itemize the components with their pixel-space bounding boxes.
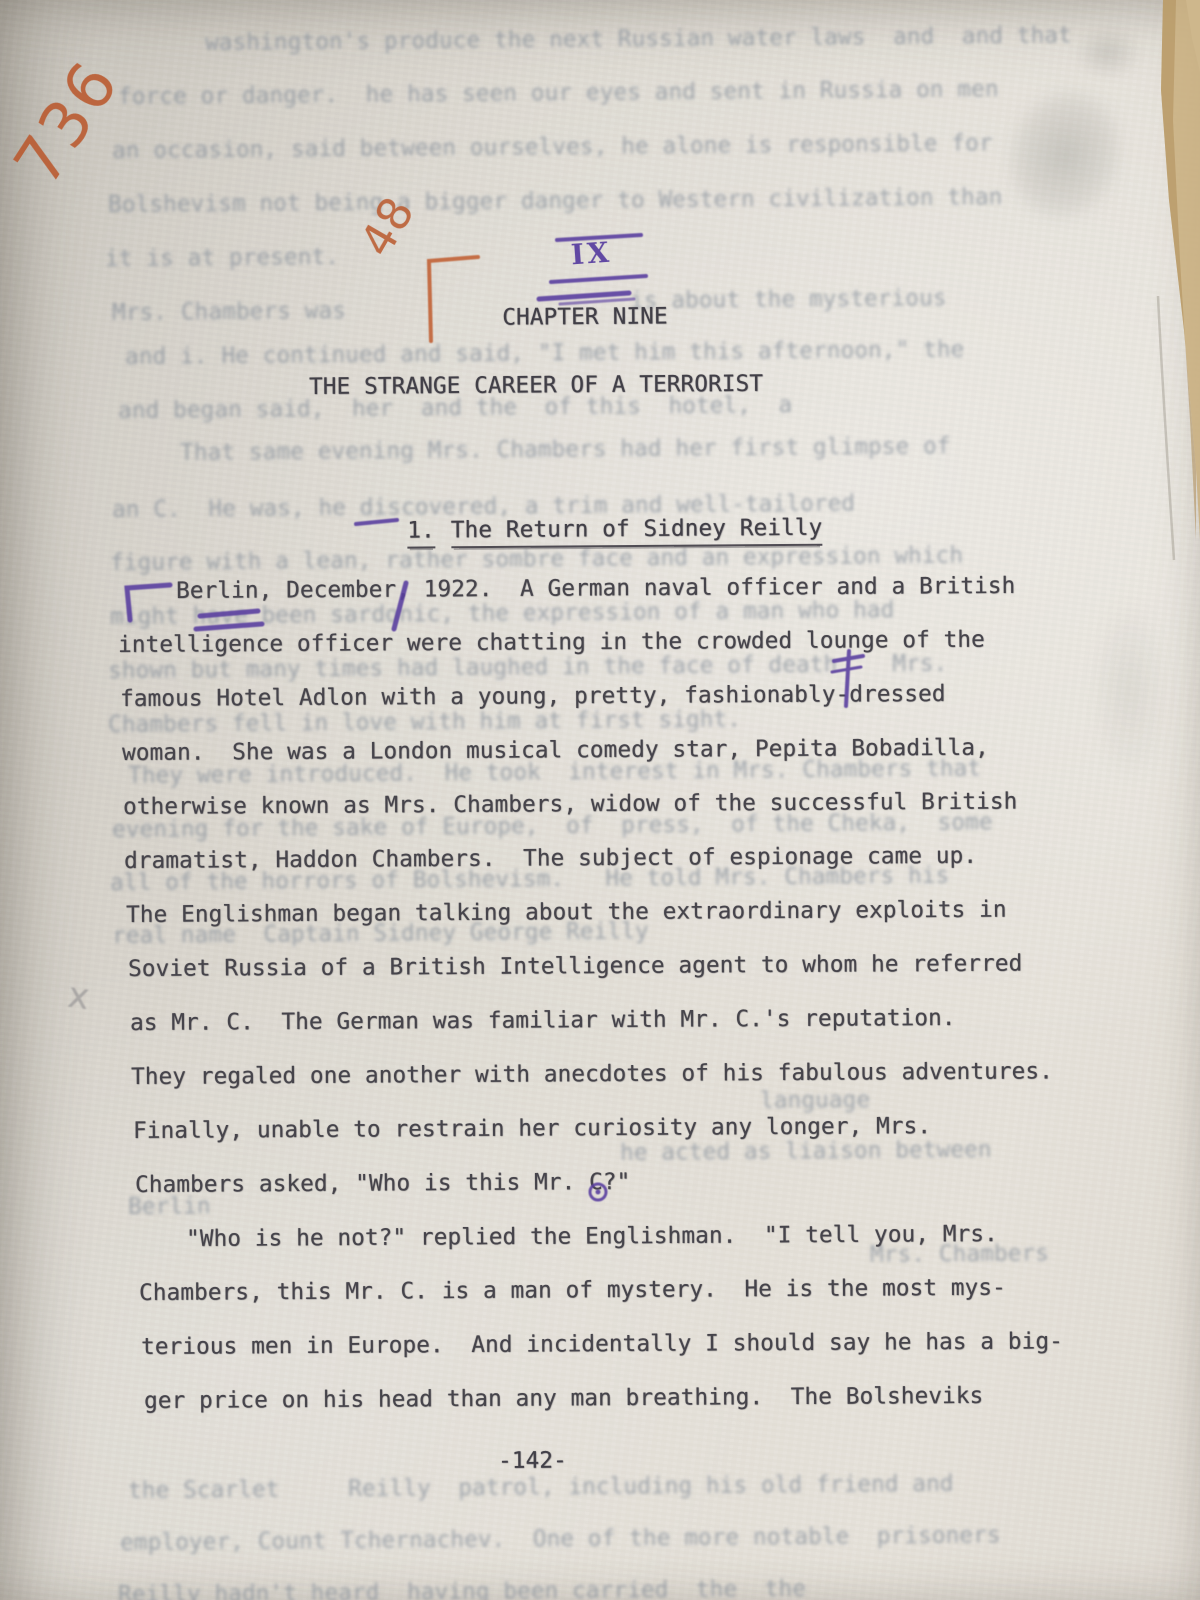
smudge-stain-small bbox=[1060, 15, 1155, 90]
handwritten-roman-numeral: IX bbox=[570, 236, 613, 272]
section-number: 1. bbox=[407, 517, 435, 548]
chapter-heading: CHAPTERNINE bbox=[447, 277, 668, 357]
showthrough-line: employer, Count Tchernachev. One of the … bbox=[120, 1522, 1001, 1556]
body-text-line: famous Hotel Adlon with a young, pretty,… bbox=[120, 681, 946, 712]
showthrough-line: the Scarlet Reilly patrol, including his… bbox=[128, 1471, 954, 1504]
showthrough-line: Bolshevism not being a bigger danger to … bbox=[108, 184, 1003, 218]
showthrough-line: That same evening Mrs. Chambers had her … bbox=[180, 433, 951, 466]
page-edge-tan-inner bbox=[1161, 0, 1196, 540]
showthrough-line: he acted as liaison between bbox=[620, 1137, 992, 1166]
showthrough-line: Reilly hadn't heard having been carried … bbox=[118, 1576, 806, 1600]
handwritten-folio-number: 736 bbox=[1, 48, 134, 198]
body-text-line: dramatist, Haddon Chambers. The subject … bbox=[124, 843, 977, 874]
body-text-line: Soviet Russia of a British Intelligence … bbox=[128, 951, 1022, 982]
section-heading: 1. The Return of Sidney Reilly bbox=[352, 489, 823, 570]
smudge-stain-right bbox=[1075, 560, 1185, 820]
manuscript-page: washington's produce the next Russian wa… bbox=[0, 0, 1200, 1600]
body-text-line: Berlin, December, 1922. A German naval o… bbox=[176, 573, 1015, 604]
page-edge-tan-strip bbox=[1161, 0, 1200, 540]
body-text-line: ger price on his head than any man breat… bbox=[144, 1383, 983, 1414]
ix-overline bbox=[557, 235, 641, 240]
showthrough-line: Mrs. Chambers was bbox=[112, 298, 346, 326]
showthrough-line: force or danger. he has seen our eyes an… bbox=[118, 76, 999, 110]
body-text-line: otherwise known as Mrs. Chambers, widow … bbox=[123, 789, 1017, 820]
chapter-number-word-struck: NINE bbox=[613, 303, 668, 329]
body-text-line: as Mr. C. The German was familiar with M… bbox=[130, 1005, 956, 1036]
showthrough-line: an occasion, said between ourselves, he … bbox=[112, 130, 993, 164]
margin-x-mark: x bbox=[65, 975, 92, 1019]
underlying-pages-corner bbox=[1186, 0, 1200, 72]
body-text-line: Finally, unable to restrain her curiosit… bbox=[133, 1113, 931, 1144]
chapter-word: CHAPTER bbox=[502, 304, 599, 331]
body-text-line: woman. She was a London musical comedy s… bbox=[122, 735, 989, 766]
body-text-line: They regaled one another with anecdotes … bbox=[131, 1058, 1053, 1090]
body-text-line: The Englishman began talking about the e… bbox=[126, 897, 1007, 928]
body-text-line: intelligence officer were chatting in th… bbox=[118, 627, 985, 658]
page-crease-line bbox=[1158, 296, 1174, 560]
showthrough-line: language bbox=[760, 1087, 870, 1114]
body-text-line: Chambers asked, "Who is this Mr. C?" bbox=[135, 1169, 630, 1198]
showthrough-line: is about the mysterious bbox=[630, 285, 947, 314]
body-text-line: terious men in Europe. And incidentally … bbox=[141, 1328, 1063, 1360]
page-number: -142- bbox=[498, 1448, 567, 1474]
showthrough-line: it is at present. bbox=[105, 244, 339, 272]
chapter-title: THE STRANGE CAREER OF A TERRORIST bbox=[309, 371, 763, 400]
body-text-line: "Who is he not?" replied the Englishman.… bbox=[186, 1221, 998, 1252]
section-heading-gap bbox=[435, 517, 451, 543]
body-text-line: Chambers, this Mr. C. is a man of myster… bbox=[139, 1275, 1006, 1306]
section-title: The Return of Sidney Reilly bbox=[451, 515, 823, 549]
showthrough-line: washington's produce the next Russian wa… bbox=[205, 22, 1072, 56]
